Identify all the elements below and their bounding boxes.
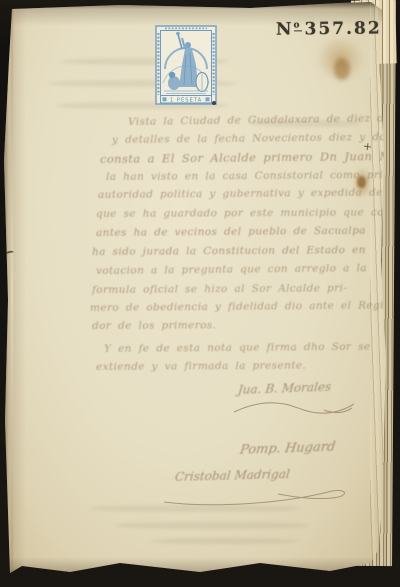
- ghost-text-line: [150, 538, 300, 544]
- manuscript-line: Vista la Ciudad de Guadalaxara de diez d…: [128, 111, 400, 128]
- serial-ordinal: o: [293, 20, 301, 31]
- binding-shadow: [0, 0, 26, 587]
- stamp-band-ornament-left: [163, 97, 167, 101]
- manuscript-line: autoridad politica y gubernativa y exped…: [98, 186, 400, 201]
- manuscript-line: la han visto en la casa Consistorial com…: [106, 169, 400, 183]
- signature: Jua. B. Morales: [237, 380, 332, 397]
- scanned-document-view: 1 PESETA No357.820 + Vista la Ciudad de …: [0, 0, 400, 587]
- manuscript-line: votacion a la pregunta que con arreglo a…: [96, 262, 367, 277]
- stamp-band-ornament-right: [206, 97, 210, 101]
- manuscript-line: y detalles de la fecha Novecientos diez …: [112, 131, 400, 146]
- manuscript-line: ha sido jurada la Constitucion del Estad…: [92, 244, 366, 258]
- page-bottom-shadow: [0, 557, 400, 587]
- signature-flourish: [160, 482, 360, 510]
- paper-crease: [11, 6, 13, 577]
- shield-icon: [196, 73, 208, 92]
- manuscript-line: mero de obediencia y fidelidad dio ante …: [90, 299, 388, 314]
- manuscript-line: dor de los primeros.: [92, 319, 216, 332]
- manuscript-line: que se ha guardado por este municipio qu…: [96, 206, 400, 220]
- paper-stain: [334, 58, 350, 80]
- stamp-denomination: 1 PESETA: [170, 98, 202, 104]
- manuscript-line: antes ha de vecinos del pueblo de Sacual…: [96, 225, 366, 239]
- manuscript-line: extiende y va firmada la presente.: [96, 360, 306, 373]
- manuscript-line: Y en fe de esta nota que firma dho Sor s…: [104, 341, 371, 355]
- signature-flourish: [228, 396, 360, 420]
- ghost-text-line: [115, 522, 310, 529]
- manuscript-line: formula oficial se hizo al Sor Alcalde p…: [92, 282, 347, 296]
- document-page: 1 PESETA No357.820 + Vista la Ciudad de …: [0, 0, 400, 587]
- ink-speck: [212, 101, 216, 105]
- manuscript-line: consta a El Sor Alcalde primero Dn Juan …: [100, 149, 400, 166]
- revenue-stamp: 1 PESETA: [155, 25, 217, 105]
- serial-prefix: N: [276, 19, 294, 39]
- signature: Pomp. Hugard: [239, 440, 336, 458]
